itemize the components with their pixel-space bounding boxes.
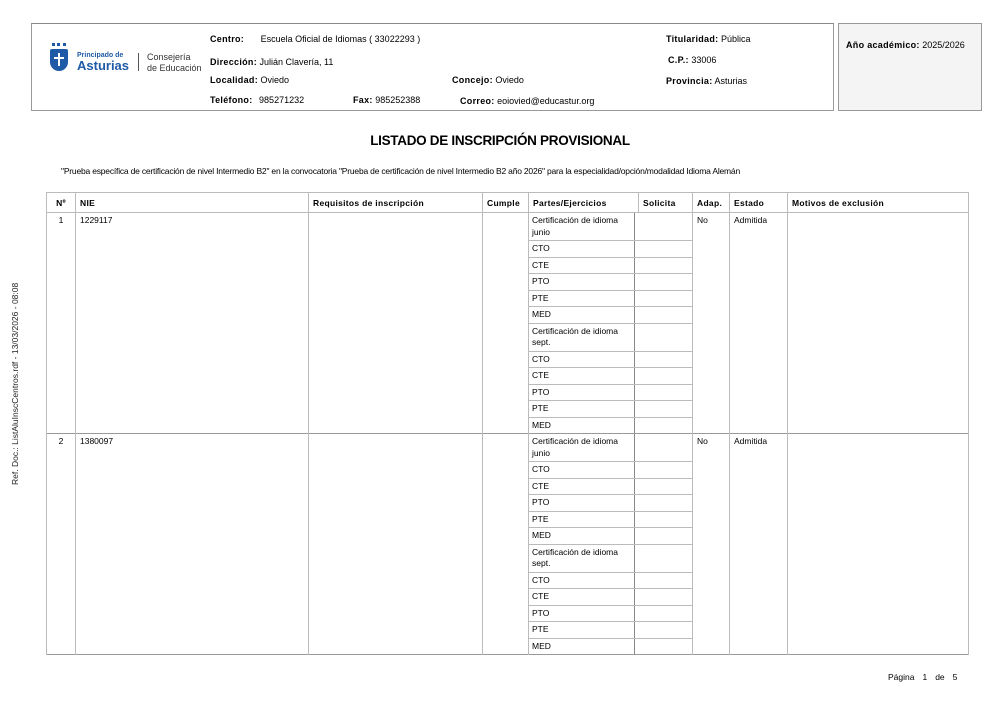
crown-icon (52, 43, 66, 48)
part-solicita (635, 512, 692, 528)
page-indicator: Página1de5 (888, 672, 965, 682)
logo-dept-line2: de Educación (147, 63, 202, 73)
part-name: CTE (529, 258, 635, 274)
col-header-nie: NIE (76, 193, 309, 213)
part-name: CTO (529, 573, 635, 589)
part-row: CTO (529, 241, 692, 258)
direccion-field: Dirección: Julián Clavería, 11 (210, 57, 333, 67)
principado-asturias-logo: Principado de Asturias Consejería de Edu… (50, 43, 210, 79)
part-row: CTE (529, 479, 692, 496)
centro-field: Centro: Escuela Oficial de Idiomas ( 330… (210, 34, 420, 44)
part-name: Certificación de idioma junio (529, 213, 635, 240)
part-row: PTO (529, 495, 692, 512)
part-solicita (635, 606, 692, 622)
part-solicita (635, 589, 692, 605)
part-row: PTE (529, 622, 692, 639)
col-header-estado: Estado (730, 193, 788, 213)
part-name: MED (529, 418, 635, 434)
part-solicita (635, 479, 692, 495)
academic-year-box (838, 23, 982, 111)
nie-cell: 1380097 (76, 434, 309, 655)
col-header-motivos: Motivos de exclusión (788, 193, 969, 213)
part-solicita (635, 352, 692, 368)
academic-year-field: Año académico: 2025/2026 (846, 40, 965, 50)
col-header-cumple: Cumple (483, 193, 529, 213)
part-row: Certificación de idioma junio (529, 434, 692, 462)
part-solicita (635, 368, 692, 384)
of-label: de (935, 672, 944, 682)
requisitos-cell (309, 213, 483, 434)
row-number: 1 (47, 213, 76, 434)
part-solicita (635, 528, 692, 544)
cumple-cell (483, 434, 529, 655)
part-row: Certificación de idioma sept. (529, 324, 692, 352)
part-name: PTO (529, 274, 635, 290)
part-row: CTE (529, 258, 692, 275)
part-row: MED (529, 418, 692, 434)
logo-divider (138, 53, 139, 71)
cumple-cell (483, 213, 529, 434)
provincia-field: Provincia: Asturias (666, 76, 747, 86)
part-name: PTE (529, 512, 635, 528)
part-solicita (635, 241, 692, 257)
part-name: CTE (529, 589, 635, 605)
logo-text-line2: Asturias (77, 58, 129, 73)
part-name: MED (529, 307, 635, 323)
part-row: MED (529, 307, 692, 324)
part-row: PTE (529, 291, 692, 308)
part-row: PTE (529, 512, 692, 529)
requisitos-cell (309, 434, 483, 655)
part-name: Certificación de idioma sept. (529, 324, 635, 351)
part-name: MED (529, 528, 635, 544)
part-row: Certificación de idioma sept. (529, 545, 692, 573)
adap-cell: No (693, 434, 730, 655)
part-name: CTO (529, 241, 635, 257)
part-row: CTO (529, 352, 692, 369)
telefono-field: Teléfono: 985271232 (210, 95, 304, 105)
part-name: CTO (529, 352, 635, 368)
total-pages: 5 (953, 672, 958, 682)
shield-icon (50, 49, 68, 71)
part-row: PTO (529, 606, 692, 623)
part-solicita (635, 622, 692, 638)
page-label: Página (888, 672, 914, 682)
part-solicita (635, 545, 692, 572)
col-header-partes: Partes/Ejercicios (529, 193, 639, 213)
part-row: CTE (529, 589, 692, 606)
part-name: PTE (529, 291, 635, 307)
part-name: PTE (529, 401, 635, 417)
titularidad-field: Titularidad: Pública (666, 34, 750, 44)
part-row: MED (529, 639, 692, 655)
part-name: CTO (529, 462, 635, 478)
parts-cell: Certificación de idioma junioCTOCTEPTOPT… (529, 213, 693, 434)
part-name: Certificación de idioma junio (529, 434, 635, 461)
correo-field: Correo: eoiovied@educastur.org (460, 96, 594, 106)
estado-cell: Admitida (730, 213, 788, 434)
part-name: PTO (529, 606, 635, 622)
part-solicita (635, 573, 692, 589)
part-row: MED (529, 528, 692, 545)
motivos-cell (788, 434, 969, 655)
part-solicita (635, 401, 692, 417)
part-solicita (635, 495, 692, 511)
part-solicita (635, 307, 692, 323)
part-name: Certificación de idioma sept. (529, 545, 635, 572)
part-name: CTE (529, 368, 635, 384)
part-solicita (635, 434, 692, 461)
part-solicita (635, 385, 692, 401)
localidad-field: Localidad: Oviedo (210, 75, 289, 85)
current-page: 1 (922, 672, 927, 682)
motivos-cell (788, 213, 969, 434)
nie-cell: 1229117 (76, 213, 309, 434)
part-name: CTE (529, 479, 635, 495)
part-row: CTO (529, 462, 692, 479)
part-solicita (635, 462, 692, 478)
part-solicita (635, 213, 692, 240)
fax-field: Fax: 985252388 (353, 95, 420, 105)
parts-cell: Certificación de idioma junioCTOCTEPTOPT… (529, 434, 693, 655)
part-solicita (635, 274, 692, 290)
part-name: MED (529, 639, 635, 655)
part-row: PTO (529, 385, 692, 402)
part-row: PTE (529, 401, 692, 418)
document-reference: Ref. Doc.: ListAluInscCentros.rdf - 13/0… (10, 283, 20, 485)
cp-field: C.P.: 33006 (668, 55, 716, 65)
part-solicita (635, 418, 692, 434)
col-header-requisitos: Requisitos de inscripción (309, 193, 483, 213)
page-title: LISTADO DE INSCRIPCIÓN PROVISIONAL (0, 133, 1000, 148)
part-solicita (635, 324, 692, 351)
part-name: PTO (529, 385, 635, 401)
table-row: 21380097Certificación de idioma junioCTO… (47, 434, 969, 655)
table-row: 11229117Certificación de idioma junioCTO… (47, 213, 969, 434)
col-header-adap: Adap. (693, 193, 730, 213)
inscription-table: Nº NIE Requisitos de inscripción Cumple … (46, 192, 969, 655)
page-subtitle: "Prueba específica de certificación de n… (61, 166, 740, 176)
adap-cell: No (693, 213, 730, 434)
part-name: PTO (529, 495, 635, 511)
part-solicita (635, 258, 692, 274)
table-header-row: Nº NIE Requisitos de inscripción Cumple … (47, 193, 969, 213)
part-row: PTO (529, 274, 692, 291)
row-number: 2 (47, 434, 76, 655)
part-row: CTE (529, 368, 692, 385)
col-header-n: Nº (47, 193, 76, 213)
part-name: PTE (529, 622, 635, 638)
col-header-solicita: Solicita (639, 193, 693, 213)
concejo-field: Concejo: Oviedo (452, 75, 524, 85)
part-solicita (635, 639, 692, 655)
logo-dept-line1: Consejería (147, 52, 191, 62)
part-row: CTO (529, 573, 692, 590)
part-solicita (635, 291, 692, 307)
part-row: Certificación de idioma junio (529, 213, 692, 241)
estado-cell: Admitida (730, 434, 788, 655)
